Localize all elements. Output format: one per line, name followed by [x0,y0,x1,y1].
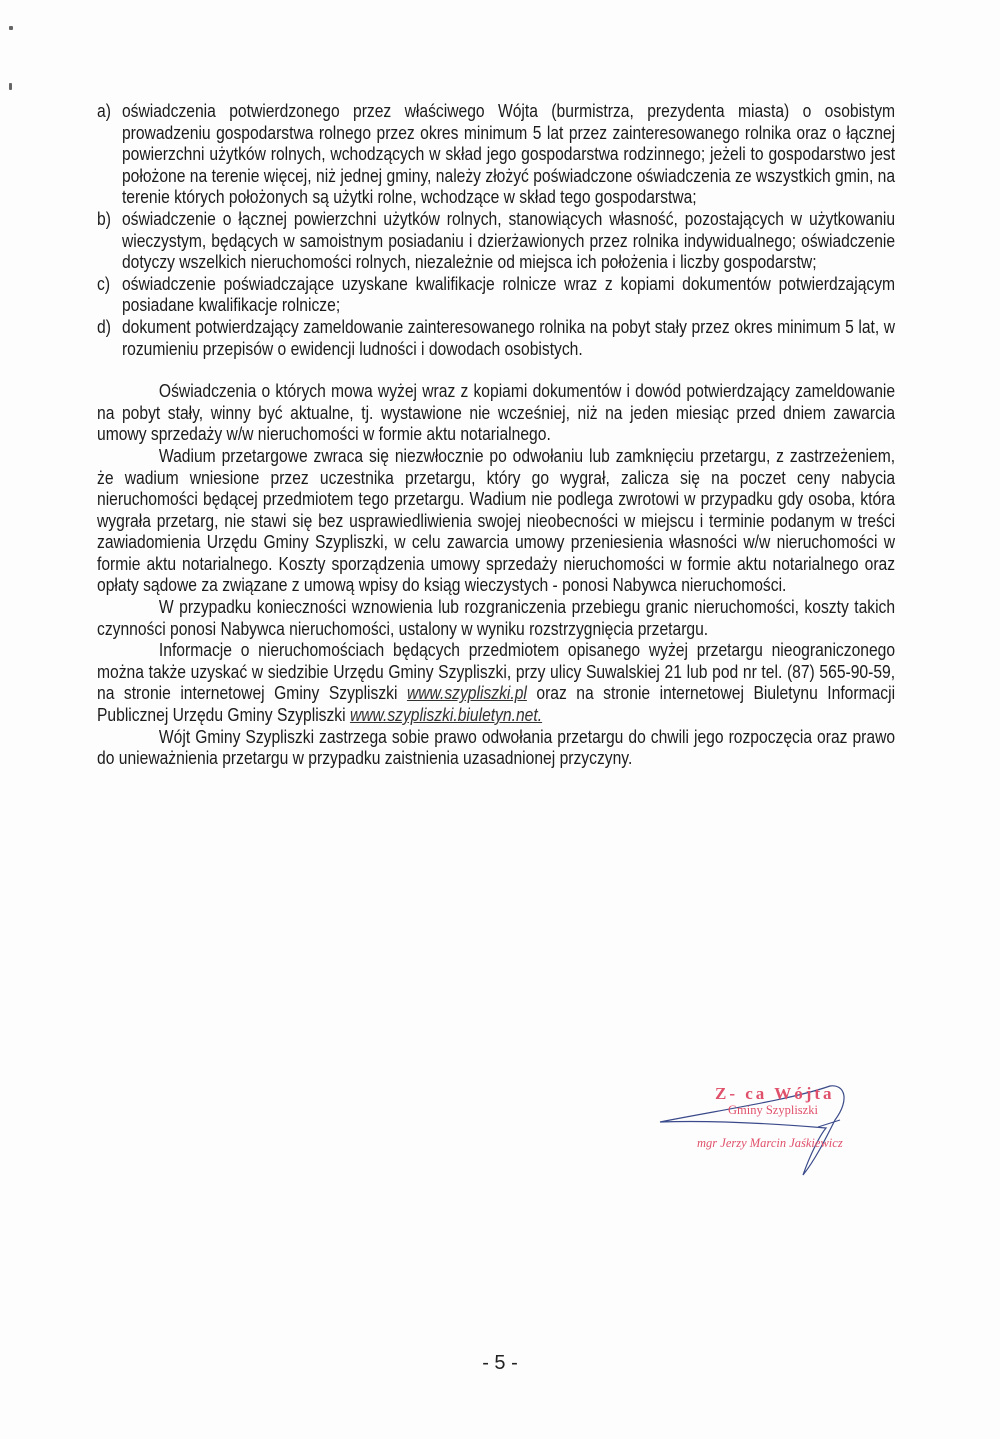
website-link[interactable]: www.szypliszki.pl [407,683,527,703]
list-item-text: oświadczenie o łącznej powierzchni użytk… [122,209,895,274]
stamp-org: Gminy Szypliszki [728,1103,818,1118]
stamp-name: mgr Jerzy Marcin Jaśkiewicz [697,1136,843,1151]
list-item-text: oświadczenia potwierdzonego przez właści… [122,101,895,209]
list-item-text: dokument potwierdzający zameldowanie zai… [122,317,895,360]
bip-link[interactable]: www.szypliszki.biuletyn.net. [350,705,542,725]
paragraph-boundaries: W przypadku konieczności wznowienia lub … [97,597,895,640]
list-item-label: b) [97,209,122,274]
list-item: b) oświadczenie o łącznej powierzchni uż… [97,209,895,274]
list-item-text: oświadczenie poświadczające uzyskane kwa… [122,274,895,317]
list-item-label: a) [97,101,122,209]
punch-hole-mark [9,26,13,30]
paragraph-deposit: Wadium przetargowe zwraca się niezwłoczn… [97,446,895,597]
list-item-label: d) [97,317,122,360]
stamp-title: Z- ca Wójta [715,1084,835,1104]
list-item: a) oświadczenia potwierdzonego przez wła… [97,101,895,209]
list-item: c) oświadczenie poświadczające uzyskane … [97,274,895,317]
official-stamp: Z- ca Wójta Gminy Szypliszki mgr Jerzy M… [640,1070,920,1190]
punch-hole-mark [9,83,12,90]
paragraph-statements-validity: Oświadczenia o których mowa wyżej wraz z… [97,381,895,446]
list-item-label: c) [97,274,122,317]
paragraph-closing: Wójt Gminy Szypliszki zastrzega sobie pr… [97,727,895,770]
paragraph-information: Informacje o nieruchomościach będących p… [97,640,895,726]
page-number: - 5 - [0,1352,1000,1375]
document-page: a) oświadczenia potwierdzonego przez wła… [97,101,895,770]
list-item: d) dokument potwierdzający zameldowanie … [97,317,895,360]
